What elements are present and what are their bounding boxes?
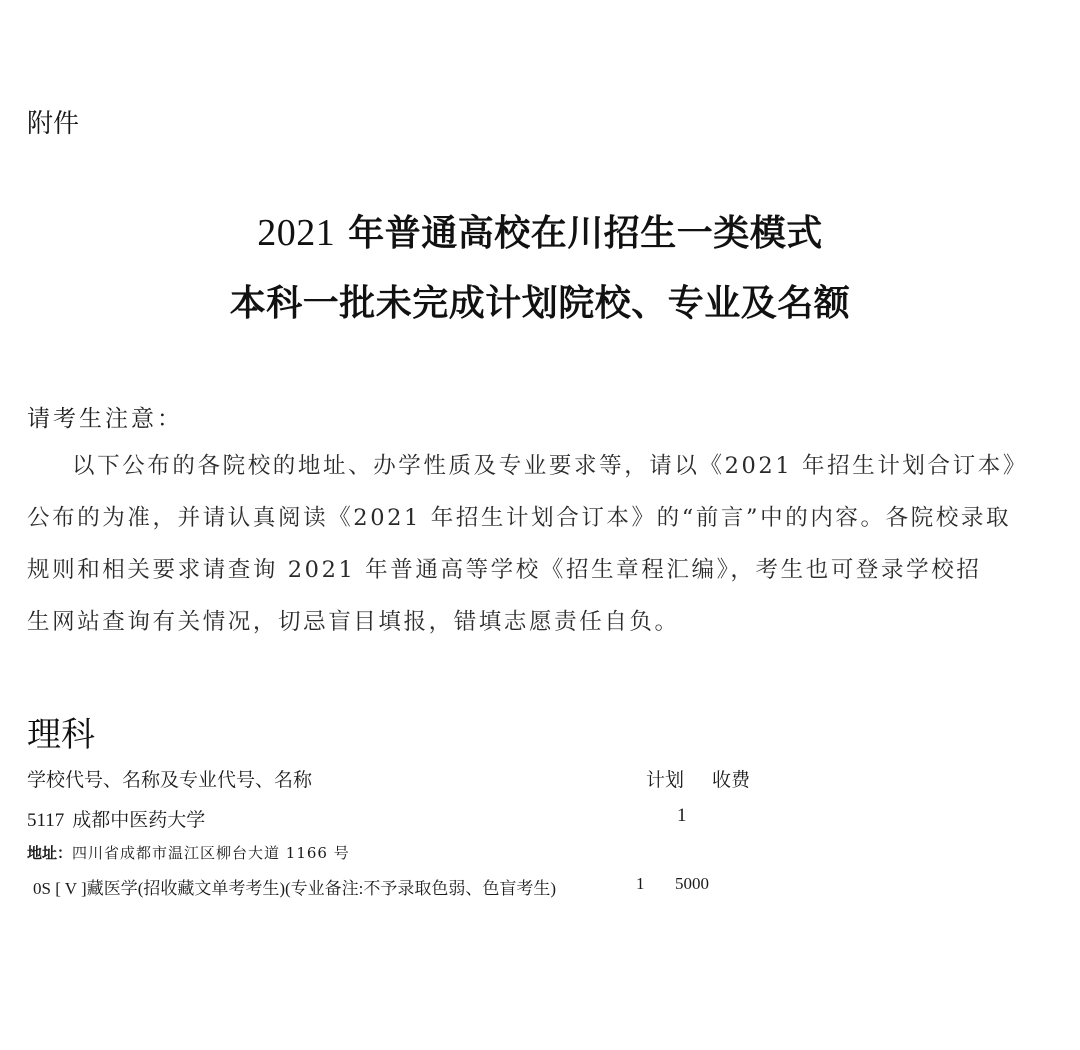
address-label: 地址： [27,844,72,862]
notice-heading: 请考生注意： [27,400,183,433]
address-value: 四川省成都市温江区柳台大道 1166 号 [72,844,350,862]
school-code: 5117 [27,810,64,831]
major-fee: 5000 [675,874,709,894]
notice-line: 生网站查询有关情况，切忌盲目填报，错填志愿责任自负。 [27,596,1057,648]
document-title-line-1: 2021 年普通高校在川招生一类模式 [0,205,1080,256]
notice-line: 规则和相关要求请查询 2021 年普通高等学校《招生章程汇编》，考生也可登录学校… [27,544,1057,596]
title-line-1-text: 年普通高校在川招生一类模式 [335,212,823,254]
column-header-school-major: 学校代号、名称及专业代号、名称 [27,765,312,792]
column-header-plan: 计划 [646,765,684,792]
school-address: 地址：四川省成都市温江区柳台大道 1166 号 [27,842,350,863]
column-header-fee: 收费 [712,765,750,792]
school-plan-count: 1 [677,805,687,827]
major-plan-count: 1 [636,874,645,894]
major-row: 0S [ V ]藏医学(招收藏文单考考生)(专业备注:不予录取色弱、色盲考生) [33,874,556,899]
school-name: 成都中医药大学 [72,809,205,831]
notice-line: 以下公布的各院校的地址、办学性质及专业要求等，请以《2021 年招生计划合订本》 [27,440,1057,492]
attachment-label: 附件 [27,103,79,140]
section-title-science: 理科 [27,707,95,756]
school-row: 5117成都中医药大学 [27,805,205,832]
document-title-line-2: 本科一批未完成计划院校、专业及名额 [0,275,1080,326]
title-year: 2021 [257,212,335,254]
notice-paragraph: 以下公布的各院校的地址、办学性质及专业要求等，请以《2021 年招生计划合订本》… [27,440,1057,648]
notice-line: 公布的为准，并请认真阅读《2021 年招生计划合订本》的“前言”中的内容。各院校… [27,492,1057,544]
